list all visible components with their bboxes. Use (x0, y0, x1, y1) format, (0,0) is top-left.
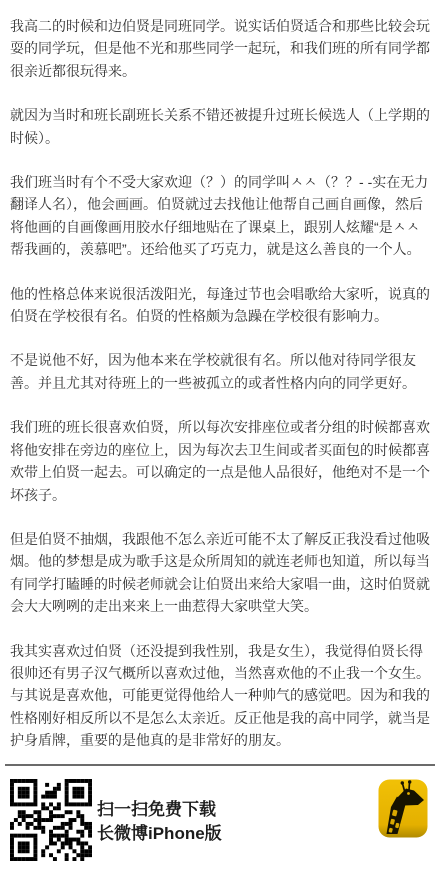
paragraph: 我其实喜欢过伯贤（还没提到我性别，我是女生），我觉得伯贤长得很帅还有男子汉气概所… (10, 640, 431, 752)
promo-line-1: 扫一扫免费下载 (97, 798, 222, 822)
article-body: 我高二的时候和边伯贤是同班同学。说实话伯贤适合和那些比较会玩耍的同学玩，但是他不… (10, 15, 431, 774)
paragraph: 不是说他不好，因为他本来在学校就很有名。所以他对待同学很友善。并且尤其对待班上的… (10, 349, 431, 394)
footer-divider (5, 764, 435, 766)
paragraph: 我高二的时候和边伯贤是同班同学。说实话伯贤适合和那些比较会玩耍的同学玩，但是他不… (10, 15, 431, 82)
paragraph: 但是伯贤不抽烟，我跟他不怎么亲近可能不太了解反正我没看过他吸烟。他的梦想是成为歌… (10, 528, 431, 618)
paragraph: 我们班当时有个不受大家欢迎（？）的同学叫ㅅㅅ（？？- -实在无力翻译人名），他会… (10, 171, 431, 261)
giraffe-app-icon (378, 779, 428, 838)
paragraph: 我们班的班长很喜欢伯贤，所以每次安排座位或者分组的时候都喜欢将他安排在旁边的座位… (10, 416, 431, 506)
qr-code-icon (10, 779, 92, 861)
promo-line-2: 长微博iPhone版 (97, 822, 222, 846)
paragraph: 就因为当时和班长副班长关系不错还被提升过班长候选人（上学期的时候）。 (10, 104, 431, 149)
footer-promo-text: 扫一扫免费下载 长微博iPhone版 (97, 798, 222, 846)
paragraph: 他的性格总体来说很活泼阳光，每逢过节也会唱歌给大家听，说真的伯贤在学校很有名。伯… (10, 283, 431, 328)
long-weibo-image: { "page": { "background": "#ffffff", "te… (0, 0, 440, 876)
